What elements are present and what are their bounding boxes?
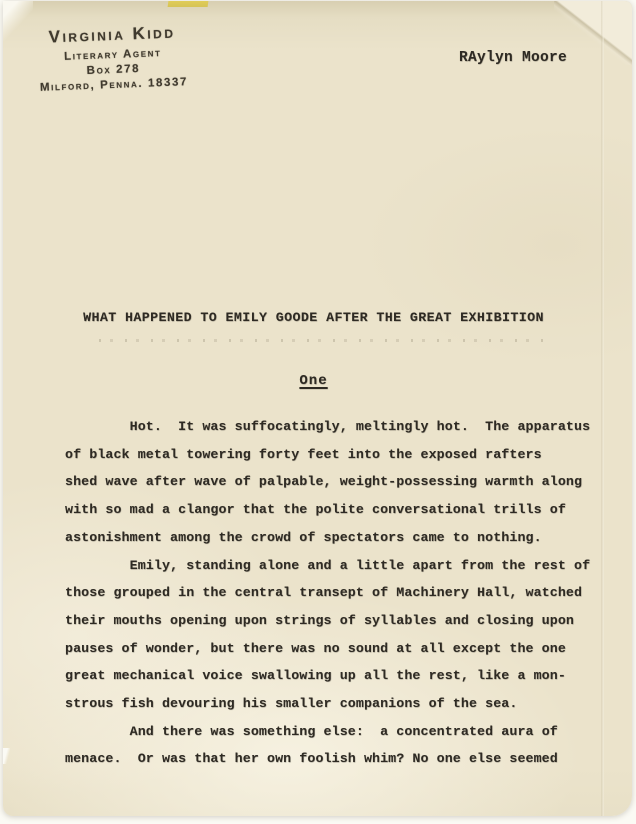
scanned-manuscript-page: Virginia Kidd Literary Agent Box 278 Mil… <box>0 0 636 824</box>
chapter-heading-text: One <box>299 373 327 389</box>
story-title: WHAT HAPPENED TO EMILY GOODE AFTER THE G… <box>3 310 624 325</box>
chapter-heading: One <box>3 373 624 389</box>
manuscript-body: Hot. It was suffocatingly, meltingly hot… <box>65 413 595 773</box>
body-paragraph: And there was something else: a concentr… <box>65 718 595 773</box>
paper-edge-notch <box>3 748 10 764</box>
faded-underline-marks <box>99 339 547 342</box>
agency-stamp: Virginia Kidd Literary Agent Box 278 Mil… <box>24 22 203 98</box>
paper-vertical-crease <box>601 1 604 816</box>
yellow-edge-tab <box>168 1 209 7</box>
body-paragraph: Emily, standing alone and a little apart… <box>65 552 595 718</box>
stamp-agency-name: Virginia Kidd <box>24 22 201 49</box>
body-paragraph: Hot. It was suffocatingly, meltingly hot… <box>65 413 595 552</box>
paper-sheet: Virginia Kidd Literary Agent Box 278 Mil… <box>3 1 632 816</box>
author-byline: RAylyn Moore <box>459 50 567 66</box>
stamp-city-line: Milford, Penna. 18337 <box>26 76 202 95</box>
